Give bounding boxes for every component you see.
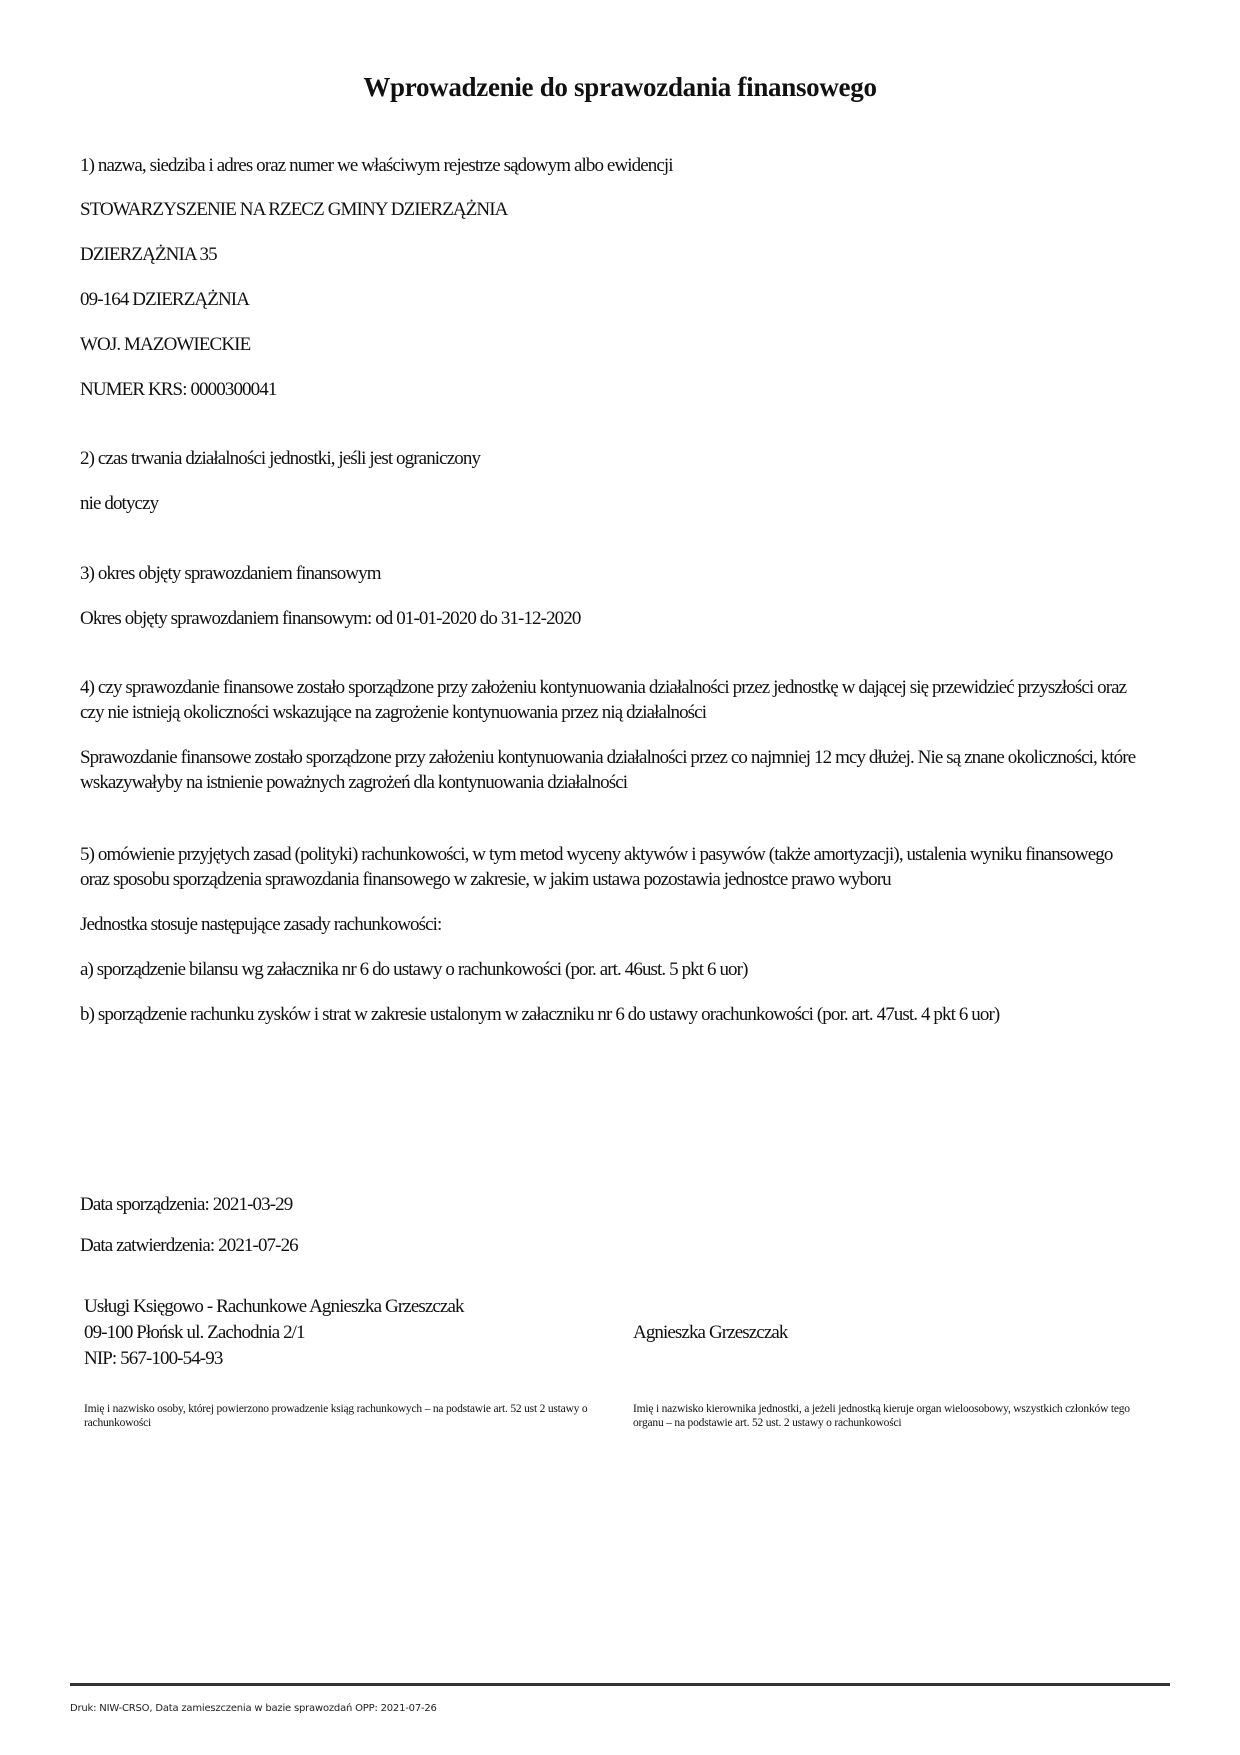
section-2-heading: 2) czas trwania działalności jednostki, …	[80, 446, 480, 471]
org-krs-number: NUMER KRS: 0000300041	[80, 377, 276, 402]
bookkeeper-caption: Imię i nazwisko osoby, której powierzono…	[84, 1402, 604, 1430]
section-3-heading: 3) okres objęty sprawozdaniem finansowym	[80, 561, 381, 586]
document-title: Wprowadzenie do sprawozdania finansowego	[0, 72, 1240, 103]
date-prepared: Data sporządzenia: 2021-03-29	[80, 1192, 292, 1217]
print-footer: Druk: NIW-CRSO, Data zamieszczenia w baz…	[70, 1703, 437, 1714]
document-page: Wprowadzenie do sprawozdania finansowego…	[0, 0, 1240, 1755]
head-of-unit-caption: Imię i nazwisko kierownika jednostki, a …	[633, 1402, 1153, 1430]
section-4-heading: 4) czy sprawozdanie finansowe zostało sp…	[80, 675, 1140, 725]
policy-item-a: a) sporządzenie bilansu wg załacznika nr…	[80, 957, 748, 982]
section-4-value: Sprawozdanie finansowe zostało sporządzo…	[80, 745, 1140, 795]
head-of-unit-name: Agnieszka Grzeszczak	[633, 1320, 788, 1346]
org-postal-city: 09-164 DZIERZĄŻNIA	[80, 287, 249, 312]
policy-item-b: b) sporządzenie rachunku zysków i strat …	[80, 1002, 999, 1027]
section-5-heading: 5) omówienie przyjętych zasad (polityki)…	[80, 842, 1140, 892]
org-name: STOWARZYSZENIE NA RZECZ GMINY DZIERZĄŻNI…	[80, 197, 508, 222]
bookkeeper-nip: NIP: 567-100-54-93	[84, 1346, 222, 1372]
org-voivodeship: WOJ. MAZOWIECKIE	[80, 332, 250, 357]
section-1-heading: 1) nazwa, siedziba i adres oraz numer we…	[80, 153, 673, 178]
section-5-intro: Jednostka stosuje następujące zasady rac…	[80, 912, 441, 937]
section-3-value: Okres objęty sprawozdaniem finansowym: o…	[80, 606, 580, 631]
bookkeeper-line-2: 09-100 Płońsk ul. Zachodnia 2/1	[84, 1320, 305, 1346]
date-approved: Data zatwierdzenia: 2021-07-26	[80, 1233, 298, 1258]
org-street: DZIERZĄŻNIA 35	[80, 242, 217, 267]
bookkeeper-line-1: Usługi Księgowo - Rachunkowe Agnieszka G…	[84, 1294, 464, 1320]
section-2-value: nie dotyczy	[80, 491, 158, 516]
footer-divider	[70, 1683, 1170, 1686]
